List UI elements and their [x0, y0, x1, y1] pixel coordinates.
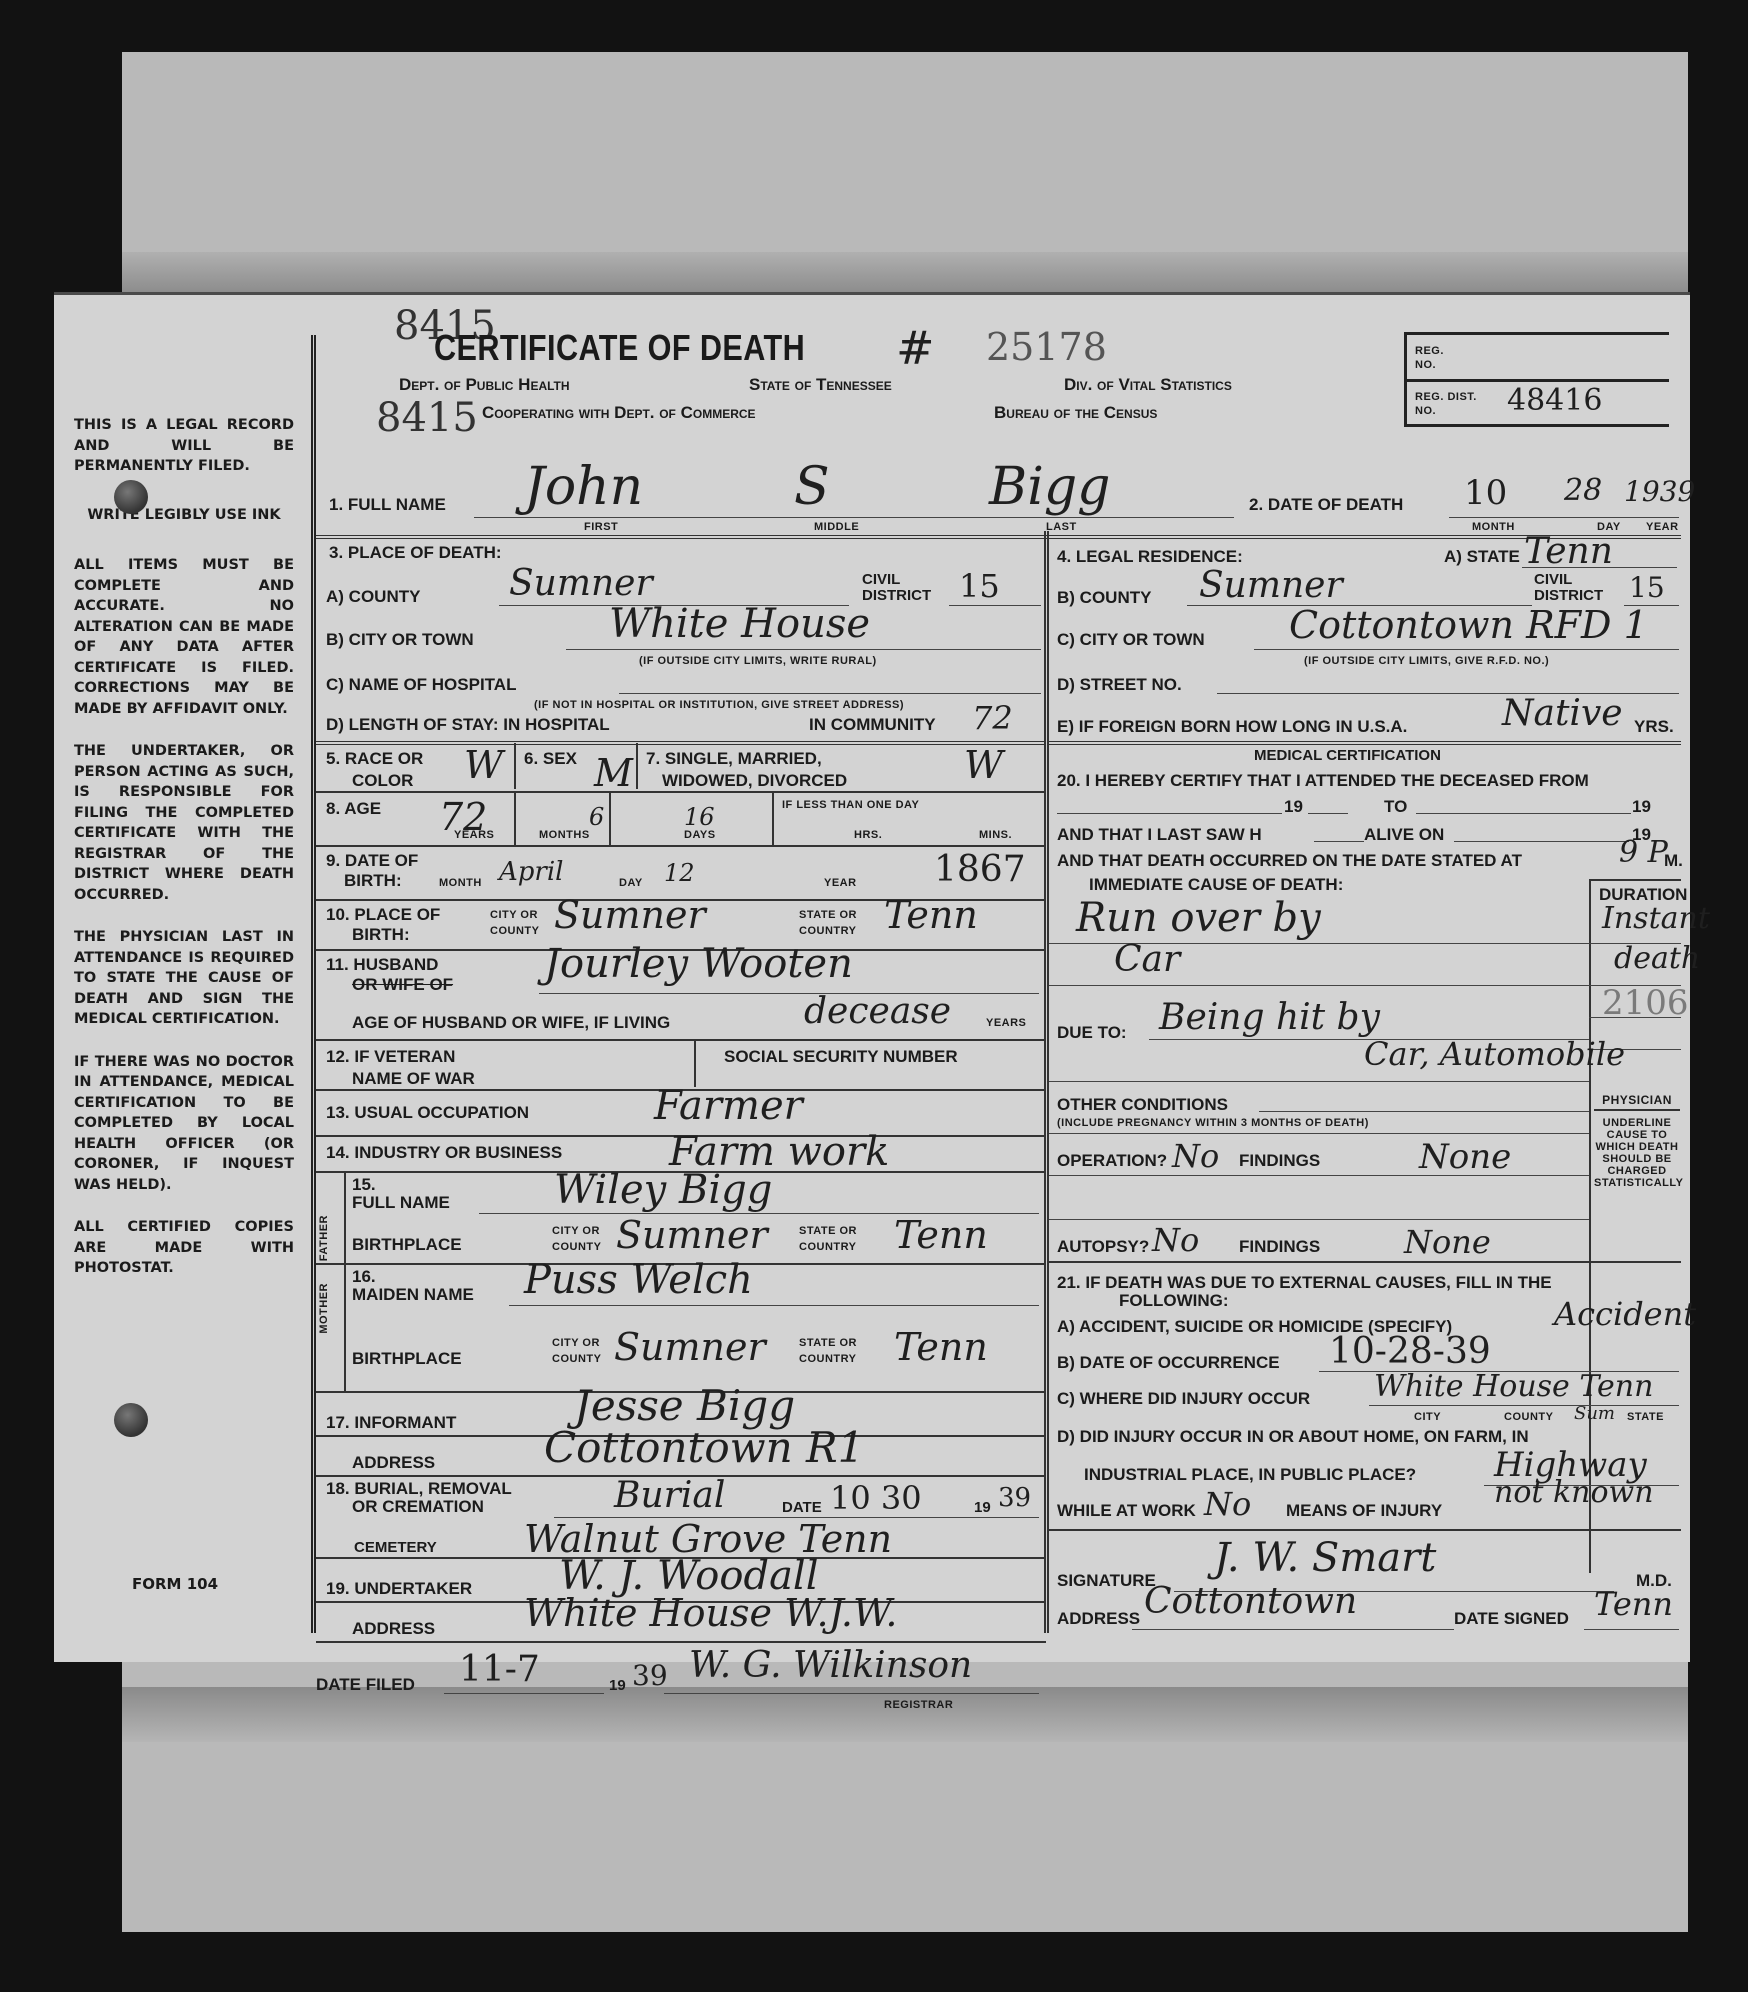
- pod-city-note: (IF OUTSIDE CITY LIMITS, WRITE RURAL): [639, 655, 877, 667]
- duration-2[interactable]: death: [1614, 941, 1700, 976]
- due-line-2: [1049, 1081, 1589, 1082]
- dob-label-1: 9. DATE OF: [326, 851, 418, 871]
- pob-label-2: BIRTH:: [352, 925, 410, 945]
- med-death-at: AND THAT DEATH OCCURRED ON THE DATE STAT…: [1057, 851, 1522, 871]
- signature-label: SIGNATURE: [1057, 1571, 1156, 1591]
- op-findings[interactable]: None: [1419, 1137, 1511, 1177]
- industry-label: 14. INDUSTRY OR BUSINESS: [326, 1143, 562, 1163]
- sig-address[interactable]: Cottontown: [1144, 1581, 1357, 1622]
- duration-line-3: [1589, 1017, 1681, 1018]
- ext-c-value[interactable]: White House Tenn: [1374, 1369, 1653, 1404]
- due-to-1[interactable]: Being hit by: [1159, 997, 1380, 1038]
- father-bp-state[interactable]: Tenn: [894, 1213, 988, 1257]
- lr-city-label: C) CITY OR TOWN: [1057, 630, 1205, 650]
- full-name-last[interactable]: Bigg: [989, 457, 1110, 517]
- race-value[interactable]: W: [464, 743, 503, 787]
- signature-value[interactable]: J. W. Smart: [1214, 1535, 1436, 1581]
- date-sub-year: YEAR: [1646, 521, 1679, 533]
- dob-day[interactable]: 12: [664, 859, 695, 887]
- divider-external-end: [1049, 1529, 1681, 1531]
- med-to-19: 19: [1632, 797, 1651, 817]
- physician-note-line: CHARGED: [1594, 1165, 1680, 1177]
- date-signed-line: [1584, 1629, 1679, 1630]
- physician-note-line: SHOULD BE: [1594, 1153, 1680, 1165]
- mother-city-label-1: CITY OR: [552, 1337, 600, 1349]
- date-of-death-line: [1449, 517, 1679, 518]
- med-alive-line: [1454, 841, 1629, 842]
- date-of-death-day[interactable]: 28: [1564, 473, 1602, 508]
- ext-a-value[interactable]: Accident: [1554, 1295, 1696, 1333]
- marital-value[interactable]: W: [964, 743, 1003, 787]
- lr-county[interactable]: Sumner: [1199, 565, 1343, 606]
- burial-date-label: DATE: [782, 1499, 822, 1516]
- pod-hospital-line: [619, 693, 1041, 694]
- div-parents-side: [344, 1171, 346, 1391]
- age-sub-years: YEARS: [454, 829, 494, 841]
- lr-civil-district[interactable]: 15: [1629, 571, 1665, 604]
- undertaker-address[interactable]: White House W.J.W.: [524, 1591, 897, 1635]
- ext-b-label: B) DATE OF OCCURRENCE: [1057, 1353, 1280, 1373]
- ext-work-value[interactable]: No: [1204, 1485, 1251, 1523]
- full-name-sub-middle: MIDDLE: [814, 521, 859, 533]
- pod-stay-label: D) LENGTH OF STAY: IN HOSPITAL: [326, 715, 610, 735]
- registrar-signature[interactable]: W. G. Wilkinson: [689, 1645, 972, 1686]
- due-to-2[interactable]: Car, Automobile: [1364, 1035, 1625, 1073]
- divider-row19b: [316, 1641, 1046, 1643]
- mother-bp-label: BIRTHPLACE: [352, 1349, 462, 1369]
- ssn-label: SOCIAL SECURITY NUMBER: [724, 1047, 958, 1067]
- other-line: [1259, 1111, 1589, 1112]
- pod-community-label: IN COMMUNITY: [809, 715, 936, 735]
- dob-year-label: YEAR: [824, 877, 857, 889]
- divider-row3: [316, 741, 1046, 745]
- medical-heading: MEDICAL CERTIFICATION: [1254, 747, 1441, 764]
- date-of-death-label: 2. DATE OF DEATH: [1249, 495, 1403, 515]
- mother-state-label-1: STATE OR: [799, 1337, 857, 1349]
- external-label-1: 21. IF DEATH WAS DUE TO EXTERNAL CAUSES,…: [1057, 1273, 1552, 1293]
- father-bp-label: BIRTHPLACE: [352, 1235, 462, 1255]
- full-name-middle[interactable]: S: [794, 457, 830, 517]
- med-to-line: [1416, 813, 1631, 814]
- dob-month[interactable]: April: [499, 857, 563, 887]
- med-alive-on: ALIVE ON: [1364, 825, 1444, 845]
- informant-address[interactable]: Cottontown R1: [544, 1423, 864, 1472]
- age-label: 8. AGE: [326, 799, 381, 819]
- autopsy-label: AUTOPSY?: [1057, 1237, 1149, 1257]
- autopsy-findings-label: FINDINGS: [1239, 1237, 1320, 1257]
- father-city-label-2: COUNTY: [552, 1241, 601, 1253]
- mother-num: 16.: [352, 1267, 376, 1287]
- pod-civil-district[interactable]: 15: [959, 567, 1000, 605]
- operation-label: OPERATION?: [1057, 1151, 1167, 1171]
- pod-hospital-label: C) NAME OF HOSPITAL: [326, 675, 516, 695]
- med-m-suffix: M.: [1664, 851, 1683, 871]
- lr-county-label: B) COUNTY: [1057, 588, 1151, 608]
- shadow-top: [122, 252, 1688, 292]
- sidebar-photostat: ALL CERTIFIED COPIES ARE MADE WITH PHOTO…: [74, 1217, 294, 1279]
- due-to-label: DUE TO:: [1057, 1023, 1127, 1043]
- spouse-label-2: OR WIFE OF: [352, 975, 453, 995]
- filed-year[interactable]: 39: [632, 1659, 668, 1692]
- age-sub-months: MONTHS: [539, 829, 590, 841]
- lr-city-note: (IF OUTSIDE CITY LIMITS, GIVE R.F.D. NO.…: [1304, 655, 1549, 667]
- lr-street-label: D) STREET NO.: [1057, 675, 1182, 695]
- med-last-saw: AND THAT I LAST SAW H: [1057, 825, 1262, 845]
- age-months[interactable]: 6: [589, 803, 604, 831]
- lr-state-label: A) STATE: [1444, 547, 1520, 567]
- ext-c-sub-county: COUNTY: [1504, 1411, 1553, 1423]
- div-race-sex: [514, 743, 516, 789]
- cemetery-label: CEMETERY: [354, 1539, 437, 1556]
- other-conditions-label: OTHER CONDITIONS: [1057, 1095, 1228, 1115]
- pod-city-label: B) CITY OR TOWN: [326, 630, 474, 650]
- full-name-label: 1. FULL NAME: [329, 495, 446, 515]
- dob-year[interactable]: 1867: [934, 849, 1026, 890]
- duration-line-1: [1589, 943, 1681, 944]
- divider-medical-end: [1049, 1261, 1681, 1263]
- age-sub-days: DAYS: [684, 829, 716, 841]
- filed-label: DATE FILED: [316, 1675, 415, 1695]
- date-of-death-month[interactable]: 10: [1464, 473, 1507, 513]
- med-to: TO: [1384, 797, 1407, 817]
- med-from-line: [1057, 813, 1282, 814]
- sig-address-label: ADDRESS: [1057, 1609, 1140, 1629]
- death-certificate-card: THIS IS A LEGAL RECORD AND WILL BE PERMA…: [54, 292, 1690, 1662]
- spouse-age-label: AGE OF HUSBAND OR WIFE, IF LIVING: [352, 1013, 670, 1033]
- med-time[interactable]: 9 P: [1619, 835, 1668, 870]
- ext-c-sub-city: CITY: [1414, 1411, 1441, 1423]
- informant-address-label: ADDRESS: [352, 1453, 435, 1473]
- dob-label-2: BIRTH:: [344, 871, 402, 891]
- sidebar-legal-record: THIS IS A LEGAL RECORD AND WILL BE PERMA…: [74, 415, 294, 477]
- spouse-age-suffix: YEARS: [986, 1017, 1026, 1029]
- lr-city-line: [1254, 649, 1679, 650]
- medical-line1: 20. I HEREBY CERTIFY THAT I ATTENDED THE…: [1057, 771, 1589, 791]
- div-age-3: [772, 793, 774, 845]
- spouse-label-1: 11. HUSBAND: [326, 955, 438, 975]
- filed-line: [444, 1693, 604, 1694]
- op-findings-label: FINDINGS: [1239, 1151, 1320, 1171]
- dob-month-label: MONTH: [439, 877, 482, 889]
- sidebar-physician: THE PHYSICIAN LAST IN ATTENDANCE IS REQU…: [74, 927, 294, 1030]
- age-days[interactable]: 16: [684, 803, 715, 831]
- father-city-label-1: CITY OR: [552, 1225, 600, 1237]
- pob-city[interactable]: Sumner: [554, 893, 706, 937]
- race-label-2: COLOR: [352, 771, 413, 791]
- div-sex-marital: [636, 743, 638, 789]
- physician-note: PHYSICIAN UNDERLINE CAUSE TO WHICH DEATH…: [1594, 1093, 1680, 1189]
- registrar-line: [664, 1693, 1039, 1694]
- physician-note-line: UNDERLINE: [1594, 1117, 1680, 1129]
- father-name-label: FULL NAME: [352, 1193, 450, 1213]
- duration-top: [1589, 879, 1681, 881]
- mother-name-label: MAIDEN NAME: [352, 1285, 474, 1305]
- pod-city-line: [566, 649, 1041, 650]
- date-sub-month: MONTH: [1472, 521, 1515, 533]
- burial-method[interactable]: Burial: [614, 1475, 725, 1516]
- ext-means-label: MEANS OF INJURY: [1286, 1501, 1442, 1521]
- burial-label-1: 18. BURIAL, REMOVAL: [326, 1479, 512, 1499]
- veteran-label-2: NAME OF WAR: [352, 1069, 475, 1089]
- ext-c-sub-state: STATE: [1627, 1411, 1664, 1423]
- physician-note-title: PHYSICIAN: [1594, 1093, 1680, 1111]
- spouse-age[interactable]: decease: [804, 991, 951, 1032]
- instructions-sidebar: THIS IS A LEGAL RECORD AND WILL BE PERMA…: [74, 415, 294, 1301]
- med-from-yr-line: [1308, 813, 1348, 814]
- mother-name[interactable]: Puss Welch: [524, 1257, 753, 1303]
- place-of-death-label: 3. PLACE OF DEATH:: [329, 543, 502, 563]
- sidebar-no-doctor: IF THERE WAS NO DOCTOR IN ATTENDANCE, ME…: [74, 1052, 294, 1196]
- lr-state-line: [1522, 567, 1677, 568]
- other-conditions-note: (INCLUDE PREGNANCY WITHIN 3 MONTHS OF DE…: [1057, 1117, 1369, 1129]
- lr-foreign-label: E) IF FOREIGN BORN HOW LONG IN U.S.A.: [1057, 717, 1407, 737]
- father-state-label-1: STATE OR: [799, 1225, 857, 1237]
- sidebar-all-items: ALL ITEMS MUST BE COMPLETE AND ACCURATE.…: [74, 555, 294, 719]
- ext-d-label-1: D) DID INJURY OCCUR IN OR ABOUT HOME, ON…: [1057, 1427, 1529, 1447]
- mother-name-line: [509, 1305, 1039, 1306]
- autopsy-findings[interactable]: None: [1404, 1223, 1491, 1261]
- pod-hospital-note: (IF NOT IN HOSPITAL OR INSTITUTION, GIVE…: [534, 699, 904, 711]
- lr-civil-label-2: DISTRICT: [1534, 587, 1603, 604]
- pob-city-label-1: CITY OR: [490, 909, 538, 921]
- date-signed-label: DATE SIGNED: [1454, 1609, 1569, 1629]
- race-label-1: 5. RACE OR: [326, 749, 423, 769]
- divider-row4: [1049, 741, 1681, 745]
- pod-city[interactable]: White House: [609, 601, 870, 647]
- physician-note-line: STATISTICALLY: [1594, 1177, 1680, 1189]
- father-bp-city[interactable]: Sumner: [616, 1213, 768, 1257]
- dob-day-label: DAY: [619, 877, 643, 889]
- filed-date[interactable]: 11-7: [459, 1649, 540, 1690]
- undertaker-address-label: ADDRESS: [352, 1619, 435, 1639]
- age-less-label: IF LESS THAN ONE DAY: [782, 799, 919, 811]
- pod-county[interactable]: Sumner: [509, 563, 653, 604]
- full-name-sub-first: FIRST: [584, 521, 618, 533]
- sex-value[interactable]: M: [594, 751, 633, 795]
- spouse-line: [539, 993, 1039, 994]
- duration-1[interactable]: Instant: [1602, 901, 1710, 936]
- other-line-2: [1049, 1133, 1589, 1134]
- spouse-name[interactable]: Jourley Wooten: [544, 941, 853, 987]
- pob-state-label-2: COUNTRY: [799, 925, 856, 937]
- duration-line-2: [1589, 985, 1681, 986]
- age-sub-hrs: HRS.: [854, 829, 882, 841]
- mother-bp-state[interactable]: Tenn: [894, 1325, 988, 1369]
- father-side-label: FATHER: [318, 1215, 330, 1261]
- div-age-1: [514, 793, 516, 845]
- divider-row11: [316, 1039, 1046, 1041]
- sex-label: 6. SEX: [524, 749, 577, 769]
- sig-address-line: [1132, 1629, 1454, 1630]
- pod-civil-line: [949, 605, 1041, 606]
- lr-civil-label-1: CIVIL: [1534, 571, 1572, 588]
- pob-state[interactable]: Tenn: [884, 893, 978, 937]
- pob-city-label-2: COUNTY: [490, 925, 539, 937]
- occupation-label: 13. USUAL OCCUPATION: [326, 1103, 529, 1123]
- veteran-label-1: 12. IF VETERAN: [326, 1047, 455, 1067]
- med-from-19: 19: [1284, 797, 1303, 817]
- div-veteran-ssn: [694, 1041, 696, 1087]
- form-number: FORM 104: [132, 1575, 218, 1593]
- lr-city[interactable]: Cottontown RFD 1: [1289, 603, 1648, 647]
- filed-year-prefix: 19: [609, 1677, 626, 1694]
- full-name-first[interactable]: John: [524, 457, 643, 517]
- med-cause-line-2: [1049, 985, 1589, 986]
- pob-state-label-1: STATE OR: [799, 909, 857, 921]
- op-line: [1049, 1175, 1589, 1176]
- ext-c-line: [1369, 1405, 1679, 1406]
- marital-label-2: WIDOWED, DIVORCED: [662, 771, 847, 791]
- pod-civil-label-1: CIVIL: [862, 571, 900, 588]
- registrar-label: REGISTRAR: [884, 1699, 953, 1711]
- sidebar-undertaker: THE UNDERTAKER, OR PERSON ACTING AS SUCH…: [74, 741, 294, 905]
- ext-b-value[interactable]: 10-28-39: [1329, 1331, 1491, 1372]
- burial-year-prefix: 19: [974, 1499, 991, 1516]
- column-divider: [1044, 531, 1049, 1633]
- ext-work-label: WHILE AT WORK: [1057, 1501, 1196, 1521]
- ext-d-label-2: INDUSTRIAL PLACE, IN PUBLIC PLACE?: [1084, 1465, 1416, 1485]
- pod-civil-label-2: DISTRICT: [862, 587, 931, 604]
- ext-c-label: C) WHERE DID INJURY OCCUR: [1057, 1389, 1310, 1409]
- pod-stay-community[interactable]: 72: [972, 699, 1013, 737]
- op-line-2: [1049, 1219, 1589, 1220]
- father-state-label-2: COUNTRY: [799, 1241, 856, 1253]
- divider-row5: [316, 791, 1046, 793]
- med-cause-2[interactable]: Car: [1114, 939, 1180, 980]
- mother-city-label-2: COUNTY: [552, 1353, 601, 1365]
- father-num: 15.: [352, 1175, 376, 1195]
- ext-means-value[interactable]: not known: [1494, 1475, 1654, 1510]
- operation-value[interactable]: No: [1172, 1137, 1219, 1175]
- physician-note-line: CAUSE TO: [1594, 1129, 1680, 1141]
- lr-state[interactable]: Tenn: [1524, 531, 1613, 572]
- informant-label: 17. INFORMANT: [326, 1413, 456, 1433]
- burial-year[interactable]: 39: [998, 1483, 1031, 1513]
- shadow-bottom: [122, 1687, 1688, 1742]
- med-cause-label: IMMEDIATE CAUSE OF DEATH:: [1089, 875, 1343, 895]
- marital-label-1: 7. SINGLE, MARRIED,: [646, 749, 822, 769]
- date-signed-value[interactable]: Tenn: [1594, 1585, 1673, 1623]
- mother-bp-city[interactable]: Sumner: [614, 1325, 766, 1369]
- full-name-line: [474, 517, 1234, 518]
- age-sub-mins: MINS.: [979, 829, 1012, 841]
- ext-c-county[interactable]: Sum: [1574, 1403, 1615, 1424]
- full-name-sub-last: LAST: [1046, 521, 1077, 533]
- divider-row8: [316, 845, 1046, 847]
- lr-foreign-suffix: YRS.: [1634, 717, 1674, 737]
- lr-foreign[interactable]: Native: [1502, 693, 1623, 734]
- pob-label-1: 10. PLACE OF: [326, 905, 440, 925]
- divider-row1: [316, 535, 1681, 539]
- legal-residence-label: 4. LEGAL RESIDENCE:: [1057, 547, 1243, 567]
- punch-hole-top: [114, 480, 148, 514]
- mother-state-label-2: COUNTRY: [799, 1353, 856, 1365]
- undertaker-label: 19. UNDERTAKER: [326, 1579, 472, 1599]
- external-label-2: FOLLOWING:: [1119, 1291, 1229, 1311]
- med-cause-1[interactable]: Run over by: [1076, 895, 1321, 941]
- physician-note-line: WHICH DEATH: [1594, 1141, 1680, 1153]
- burial-date[interactable]: 10 30: [830, 1479, 922, 1517]
- mother-side-label: MOTHER: [318, 1283, 330, 1334]
- autopsy-value[interactable]: No: [1152, 1221, 1199, 1259]
- sidebar-write-legibly: WRITE LEGIBLY USE INK: [74, 505, 294, 526]
- pod-county-label: A) COUNTY: [326, 587, 420, 607]
- div-age-2: [609, 793, 611, 845]
- burial-label-2: OR CREMATION: [352, 1497, 484, 1517]
- date-of-death-year[interactable]: 1939: [1624, 475, 1695, 508]
- punch-hole-bottom: [114, 1403, 148, 1437]
- father-name[interactable]: Wiley Bigg: [554, 1167, 772, 1213]
- med-h-line: [1314, 841, 1364, 842]
- occupation-value[interactable]: Farmer: [654, 1083, 803, 1129]
